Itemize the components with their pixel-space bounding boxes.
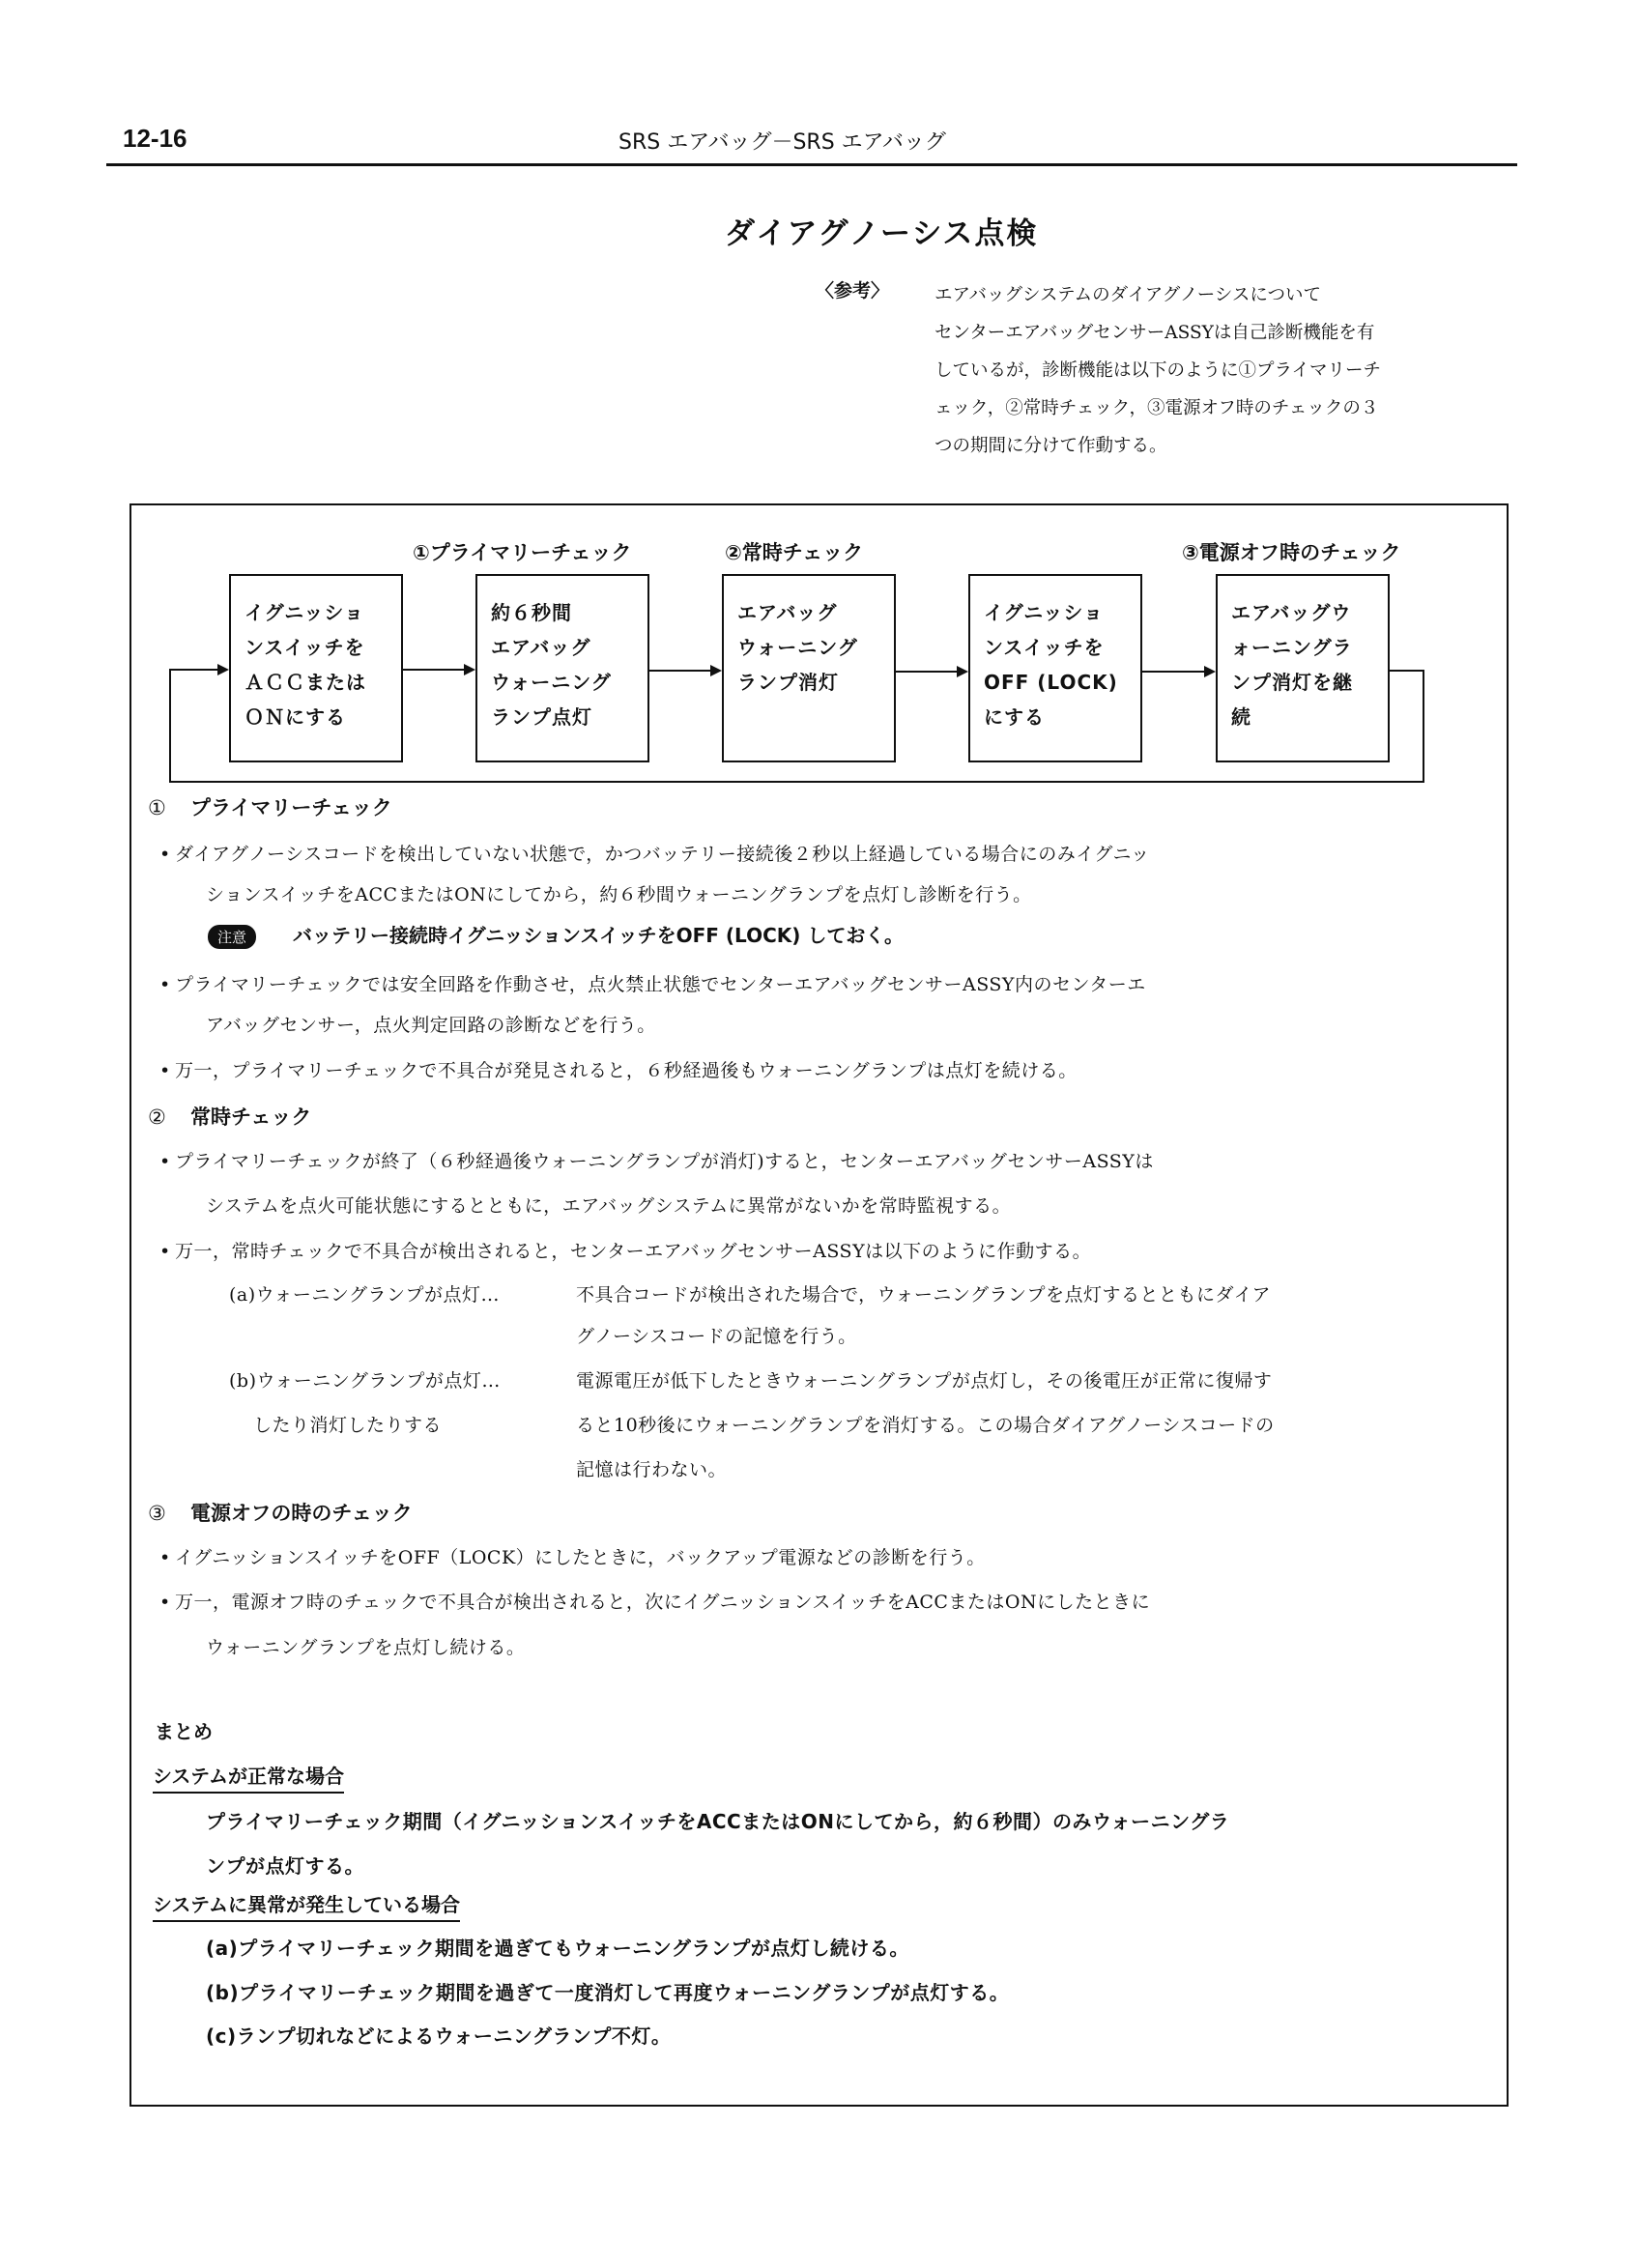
text: 万一，常時チェックで不具合が検出されると，センターエアバッグセンサーASSYは以… [175, 1241, 1091, 1262]
box-line: ォーニングラ [1231, 630, 1388, 665]
text: 万一，プライマリーチェックで不具合が発見されると，６秒経過後もウォーニングランプ… [175, 1060, 1078, 1081]
bullet-line: •プライマリーチェックが終了（６秒経過後ウォーニングランプが消灯)すると，センタ… [159, 1147, 1154, 1173]
box-line: ランプ点灯 [491, 700, 647, 734]
section-number: ① [148, 796, 190, 819]
arrow-right-icon [710, 665, 722, 676]
arrow-right-icon [217, 664, 229, 675]
connector-line [1142, 671, 1204, 673]
connector-line [649, 670, 710, 672]
box-line: ＡＣＣまたは [244, 665, 401, 700]
box-line: イグニッショ [244, 595, 401, 630]
bullet-line: •プライマリーチェックでは安全回路を作動させ，点火禁止状態でセンターエアバッグセ… [159, 970, 1146, 996]
case-label: (a)ウォーニングランプが点灯… [229, 1280, 500, 1306]
box-line: ランプ消灯 [737, 665, 894, 700]
case-desc: 電源電圧が低下したときウォーニングランプが点灯し，その後電圧が正常に復帰す [576, 1366, 1272, 1392]
case-label: したり消灯したりする [253, 1411, 442, 1437]
phase-label-primary: ①プライマリーチェック [413, 537, 632, 566]
section-number: ③ [148, 1502, 190, 1525]
summary-title: まとめ [155, 1716, 213, 1744]
loop-line [169, 781, 1424, 783]
arrow-right-icon [464, 664, 475, 675]
box-line: ンスイッチを [244, 630, 401, 665]
section-title: 電源オフの時のチェック [190, 1502, 413, 1525]
page-title: ダイアグノーシス点検 [725, 209, 1038, 252]
bullet-icon: • [159, 1060, 175, 1081]
page-number: 12-16 [123, 124, 187, 154]
loop-line [1390, 670, 1424, 672]
flow-box-lamp-off-continue: エアバッグウ ォーニングラ ンプ消灯を継 続 [1216, 574, 1390, 762]
box-line: OFF (LOCK) [984, 665, 1140, 700]
summary-abnormal-heading: システムに異常が発生している場合 [153, 1889, 460, 1922]
connector-line [403, 669, 464, 671]
case-desc: グノーシスコードの記憶を行う。 [576, 1322, 857, 1348]
bullet-line: •万一，常時チェックで不具合が検出されると，センターエアバッグセンサーASSYは… [159, 1237, 1091, 1263]
reference-line: つの期間に分けて作動する。 [935, 427, 1381, 465]
loop-line [1423, 670, 1424, 783]
reference-text: エアバッグシステムのダイアグノーシスについて センターエアバッグセンサーASSY… [935, 276, 1381, 465]
summary-normal-heading: システムが正常な場合 [153, 1761, 344, 1794]
section-title: SRS エアバッグ－SRS エアバッグ [618, 126, 946, 156]
box-line: ンプ消灯を継 [1231, 665, 1388, 700]
phase-label-power-off: ③電源オフ時のチェック [1182, 537, 1401, 566]
flow-box-ignition-on: イグニッショ ンスイッチを ＡＣＣまたは ＯＮにする [229, 574, 403, 762]
box-line: エアバッグ [737, 595, 894, 630]
reference-line: エアバッグシステムのダイアグノーシスについて [935, 276, 1381, 314]
case-desc: 不具合コードが検出された場合で，ウォーニングランプを点灯するとともにダイア [576, 1280, 1271, 1306]
box-line: ＯＮにする [244, 700, 401, 734]
bullet-continuation: ウォーニングランプを点灯し続ける。 [206, 1633, 525, 1659]
section-title: 常時チェック [190, 1105, 311, 1129]
flow-box-lamp-off: エアバッグ ウォーニング ランプ消灯 [722, 574, 896, 762]
bullet-icon: • [159, 1547, 175, 1568]
section-title: プライマリーチェック [190, 796, 392, 819]
section-heading-power-off: ③電源オフの時のチェック [148, 1498, 413, 1527]
flow-box-ignition-off: イグニッショ ンスイッチを OFF (LOCK) にする [968, 574, 1142, 762]
text: ダイアグノーシスコードを検出していない状態で，かつバッテリー接続後２秒以上経過し… [175, 844, 1150, 865]
box-line: ンスイッチを [984, 630, 1140, 665]
bullet-line: •ダイアグノーシスコードを検出していない状態で，かつバッテリー接続後２秒以上経過… [159, 840, 1150, 866]
case-desc: 記憶は行わない。 [576, 1455, 727, 1481]
section-heading-constant: ②常時チェック [148, 1102, 311, 1131]
text: プライマリーチェックが終了（６秒経過後ウォーニングランプが消灯)すると，センター… [175, 1151, 1154, 1172]
box-line: イグニッショ [984, 595, 1140, 630]
reference-line: センターエアバッグセンサーASSYは自己診断機能を有 [935, 314, 1381, 352]
arrow-right-icon [1204, 666, 1216, 677]
summary-abnormal-item: (b)プライマリーチェック期間を過ぎて一度消灯して再度ウォーニングランプが点灯す… [206, 1977, 1009, 2005]
arrow-right-icon [957, 666, 968, 677]
caution-note: 注意バッテリー接続時イグニッションスイッチをOFF (LOCK) しておく。 [208, 920, 904, 949]
bullet-icon: • [159, 1241, 175, 1262]
caution-text: バッテリー接続時イグニッションスイッチをOFF (LOCK) しておく。 [293, 924, 904, 947]
caution-badge: 注意 [208, 925, 256, 949]
summary-abnormal-item: (c)ランプ切れなどによるウォーニングランプ不灯。 [206, 2021, 671, 2049]
loop-line [169, 669, 171, 783]
bullet-line: •万一，電源オフ時のチェックで不具合が検出されると，次にイグニッションスイッチを… [159, 1588, 1150, 1614]
header-rule [106, 163, 1517, 166]
bullet-continuation: システムを点火可能状態にするとともに，エアバッグシステムに異常がないかを常時監視… [206, 1191, 1011, 1218]
text: 万一，電源オフ時のチェックで不具合が検出されると，次にイグニッションスイッチをA… [175, 1592, 1150, 1613]
case-desc: ると10秒後にウォーニングランプを消灯する。この場合ダイアグノーシスコードの [576, 1411, 1275, 1437]
box-line: エアバッグウ [1231, 595, 1388, 630]
flow-box-lamp-on: 約６秒間 エアバッグ ウォーニング ランプ点灯 [475, 574, 649, 762]
bullet-continuation: ションスイッチをACCまたはONにしてから，約６秒間ウォーニングランプを点灯し診… [206, 880, 1032, 906]
box-line: エアバッグ [491, 630, 647, 665]
reference-line: しているが，診断機能は以下のように①プライマリーチ [935, 352, 1381, 389]
phase-label-constant: ②常時チェック [725, 537, 863, 566]
bullet-icon: • [159, 844, 175, 865]
case-label: (b)ウォーニングランプが点灯… [229, 1366, 501, 1392]
bullet-continuation: アバッグセンサー，点火判定回路の診断などを行う。 [206, 1011, 656, 1037]
reference-label: 〈参考〉 [816, 276, 889, 302]
bullet-line: •イグニッションスイッチをOFF（LOCK）にしたときに，バックアップ電源などの… [159, 1543, 986, 1569]
summary-abnormal-item: (a)プライマリーチェック期間を過ぎてもウォーニングランプが点灯し続ける。 [206, 1933, 909, 1961]
reference-line: ェック，②常時チェック，③電源オフ時のチェックの３ [935, 389, 1381, 427]
box-line: ウォーニング [737, 630, 894, 665]
box-line: ウォーニング [491, 665, 647, 700]
loop-line [169, 669, 217, 671]
bullet-icon: • [159, 1151, 175, 1172]
summary-normal-line: プライマリーチェック期間（イグニッションスイッチをACCまたはONにしてから，約… [206, 1806, 1229, 1834]
bullet-icon: • [159, 974, 175, 995]
box-line: 約６秒間 [491, 595, 647, 630]
section-number: ② [148, 1105, 190, 1129]
connector-line [896, 671, 957, 673]
bullet-icon: • [159, 1592, 175, 1613]
bullet-line: •万一，プライマリーチェックで不具合が発見されると，６秒経過後もウォーニングラン… [159, 1056, 1078, 1082]
section-heading-primary: ①プライマリーチェック [148, 792, 392, 821]
box-line: にする [984, 700, 1140, 734]
box-line: 続 [1231, 700, 1388, 734]
text: プライマリーチェックでは安全回路を作動させ，点火禁止状態でセンターエアバッグセン… [175, 974, 1146, 995]
summary-normal-line: ンプが点灯する。 [206, 1851, 364, 1879]
text: イグニッションスイッチをOFF（LOCK）にしたときに，バックアップ電源などの診… [175, 1547, 986, 1568]
